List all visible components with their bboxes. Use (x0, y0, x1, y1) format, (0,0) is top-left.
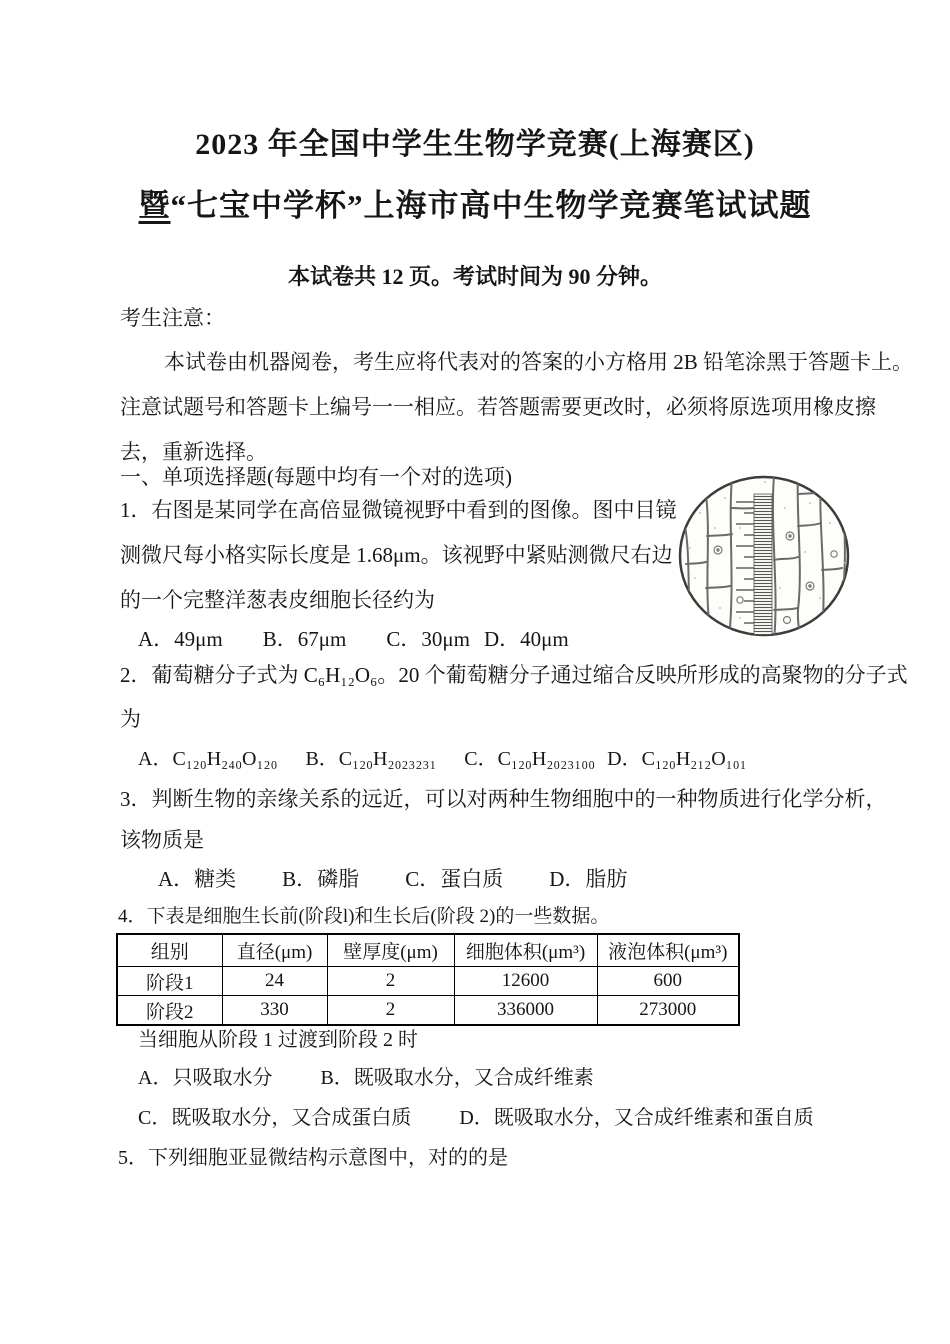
option-c: C．C₁₂₀H₂₀₂₃₁₀₀ (464, 745, 595, 773)
cell-wall-thickness: 2 (327, 996, 454, 1026)
title-underlined-char: 暨 (139, 188, 171, 223)
table-row: 阶段2 330 2 336000 273000 (117, 996, 739, 1026)
question-2-text: 为 (120, 705, 141, 733)
question-1-text: 的一个完整洋葱表皮细胞长径约为 (120, 586, 435, 614)
question-3-options: A．糖类 B．磷脂 C．蛋白质 D．脂肪 (158, 865, 627, 893)
cell-stage: 阶段2 (117, 996, 222, 1026)
table-header-row: 组别 直径(μm) 壁厚度(μm) 细胞体积(μm³) 液泡体积(μm³) (117, 934, 739, 967)
option-a: A．C₁₂₀H₂₄₀O₁₂₀ (138, 745, 277, 773)
cell-stage: 阶段1 (117, 967, 222, 996)
col-header-cell-volume: 细胞体积(μm³) (454, 934, 597, 967)
notice-heading: 考生注意： (120, 304, 225, 332)
section1-heading: 一、单项选择题(每题中均有一个对的选项) (120, 463, 512, 491)
question-4-options-row1: A．只吸取水分 B．既吸取水分，又合成纤维素 (138, 1064, 594, 1092)
option-a: A．糖类 (158, 865, 236, 893)
question-1-text: 1．右图是某同学在高倍显微镜视野中看到的图像。图中目镜 (120, 496, 677, 524)
question-1-options: A．49μm B．67μm C．30μm D．40μm (138, 625, 569, 653)
col-header-diameter: 直径(μm) (222, 934, 327, 967)
option-a: A．只吸取水分 (138, 1064, 272, 1092)
microscope-field-icon (670, 468, 860, 646)
col-header-group: 组别 (117, 934, 222, 967)
option-b: B．既吸取水分，又合成纤维素 (320, 1064, 593, 1092)
option-c: C．30μm (386, 625, 470, 653)
col-header-wall-thickness: 壁厚度(μm) (327, 934, 454, 967)
question-2-options: A．C₁₂₀H₂₄₀O₁₂₀ B．C₁₂₀H₂₀₂₃₂₃₁ C．C₁₂₀H₂₀₂… (138, 745, 747, 773)
exam-info: 本试卷共 12 页。考试时间为 90 分钟。 (0, 263, 950, 291)
exam-paper-page: 2023 年全国中学生生物学竞赛(上海赛区) 暨“七宝中学杯”上海市高中生物学竞… (0, 0, 950, 1344)
col-header-vacuole-volume: 液泡体积(μm³) (597, 934, 739, 967)
option-d: D．既吸取水分，又合成纤维素和蛋自质 (459, 1104, 813, 1132)
cell-wall-thickness: 2 (327, 967, 454, 996)
cell-vacuole-volume: 273000 (597, 996, 739, 1026)
option-a: A．49μm (138, 625, 223, 653)
question-3-text: 3．判断生物的亲缘关系的远近，可以对两种生物细胞中的一种物质进行化学分析， (120, 785, 887, 813)
option-d: D．脂肪 (549, 865, 627, 893)
notice-line: 注意试题号和答题卡上编号一一相应。若答题需要更改时，必须将原选项用橡皮擦 (120, 393, 876, 421)
notice-line: 本试卷由机器阅卷，考生应将代表对的答案的小方格用 2B 铅笔涂黑于答题卡上。 (120, 348, 913, 376)
option-c: C．既吸取水分，又合成蛋白质 (138, 1104, 411, 1132)
page-title-line1: 2023 年全国中学生生物学竞赛(上海赛区) (0, 131, 950, 159)
option-b: B．磷脂 (282, 865, 359, 893)
question-3-text: 该物质是 (120, 826, 204, 854)
option-b: B．C₁₂₀H₂₀₂₃₂₃₁ (305, 745, 436, 773)
cell-vacuole-volume: 600 (597, 967, 739, 996)
question-1-text: 测微尺每小格实际长度是 1.68μm。该视野中紧贴测微尺右边 (120, 541, 673, 569)
title-line2-rest: “七宝中学杯”上海市高中生物学竞赛笔试试题 (171, 188, 812, 223)
table-row: 阶段1 24 2 12600 600 (117, 967, 739, 996)
microscope-figure (670, 468, 860, 646)
question-4-text: 4．下表是细胞生长前(阶段l)和生长后(阶段 2)的一些数据。 (118, 903, 609, 931)
cell-diameter: 330 (222, 996, 327, 1026)
option-d: D．40μm (484, 625, 569, 653)
option-b: B．67μm (263, 625, 347, 653)
question-5-text: 5．下列细胞亚显微结构示意图中，对的的是 (118, 1144, 508, 1172)
question-4-prompt: 当细胞从阶段 1 过渡到阶段 2 时 (138, 1026, 418, 1054)
cell-volume: 12600 (454, 967, 597, 996)
cell-growth-data-table: 组别 直径(μm) 壁厚度(μm) 细胞体积(μm³) 液泡体积(μm³) 阶段… (116, 933, 740, 1026)
question-4-options-row2: C．既吸取水分，又合成蛋白质 D．既吸取水分，又合成纤维素和蛋自质 (138, 1104, 814, 1132)
cell-volume: 336000 (454, 996, 597, 1026)
option-c: C．蛋白质 (405, 865, 503, 893)
micrometer-scale (754, 494, 772, 640)
option-d: D．C₁₂₀H₂₁₂O₁₀₁ (607, 745, 746, 773)
notice-line: 去，重新选择。 (120, 438, 267, 466)
question-2-text: 2．葡萄糖分子式为 C₆H₁₂O₆。20 个葡萄糖分子通过缩合反映所形成的高聚物… (120, 661, 908, 689)
cell-diameter: 24 (222, 967, 327, 996)
page-title-line2: 暨“七宝中学杯”上海市高中生物学竞赛笔试试题 (0, 192, 950, 220)
